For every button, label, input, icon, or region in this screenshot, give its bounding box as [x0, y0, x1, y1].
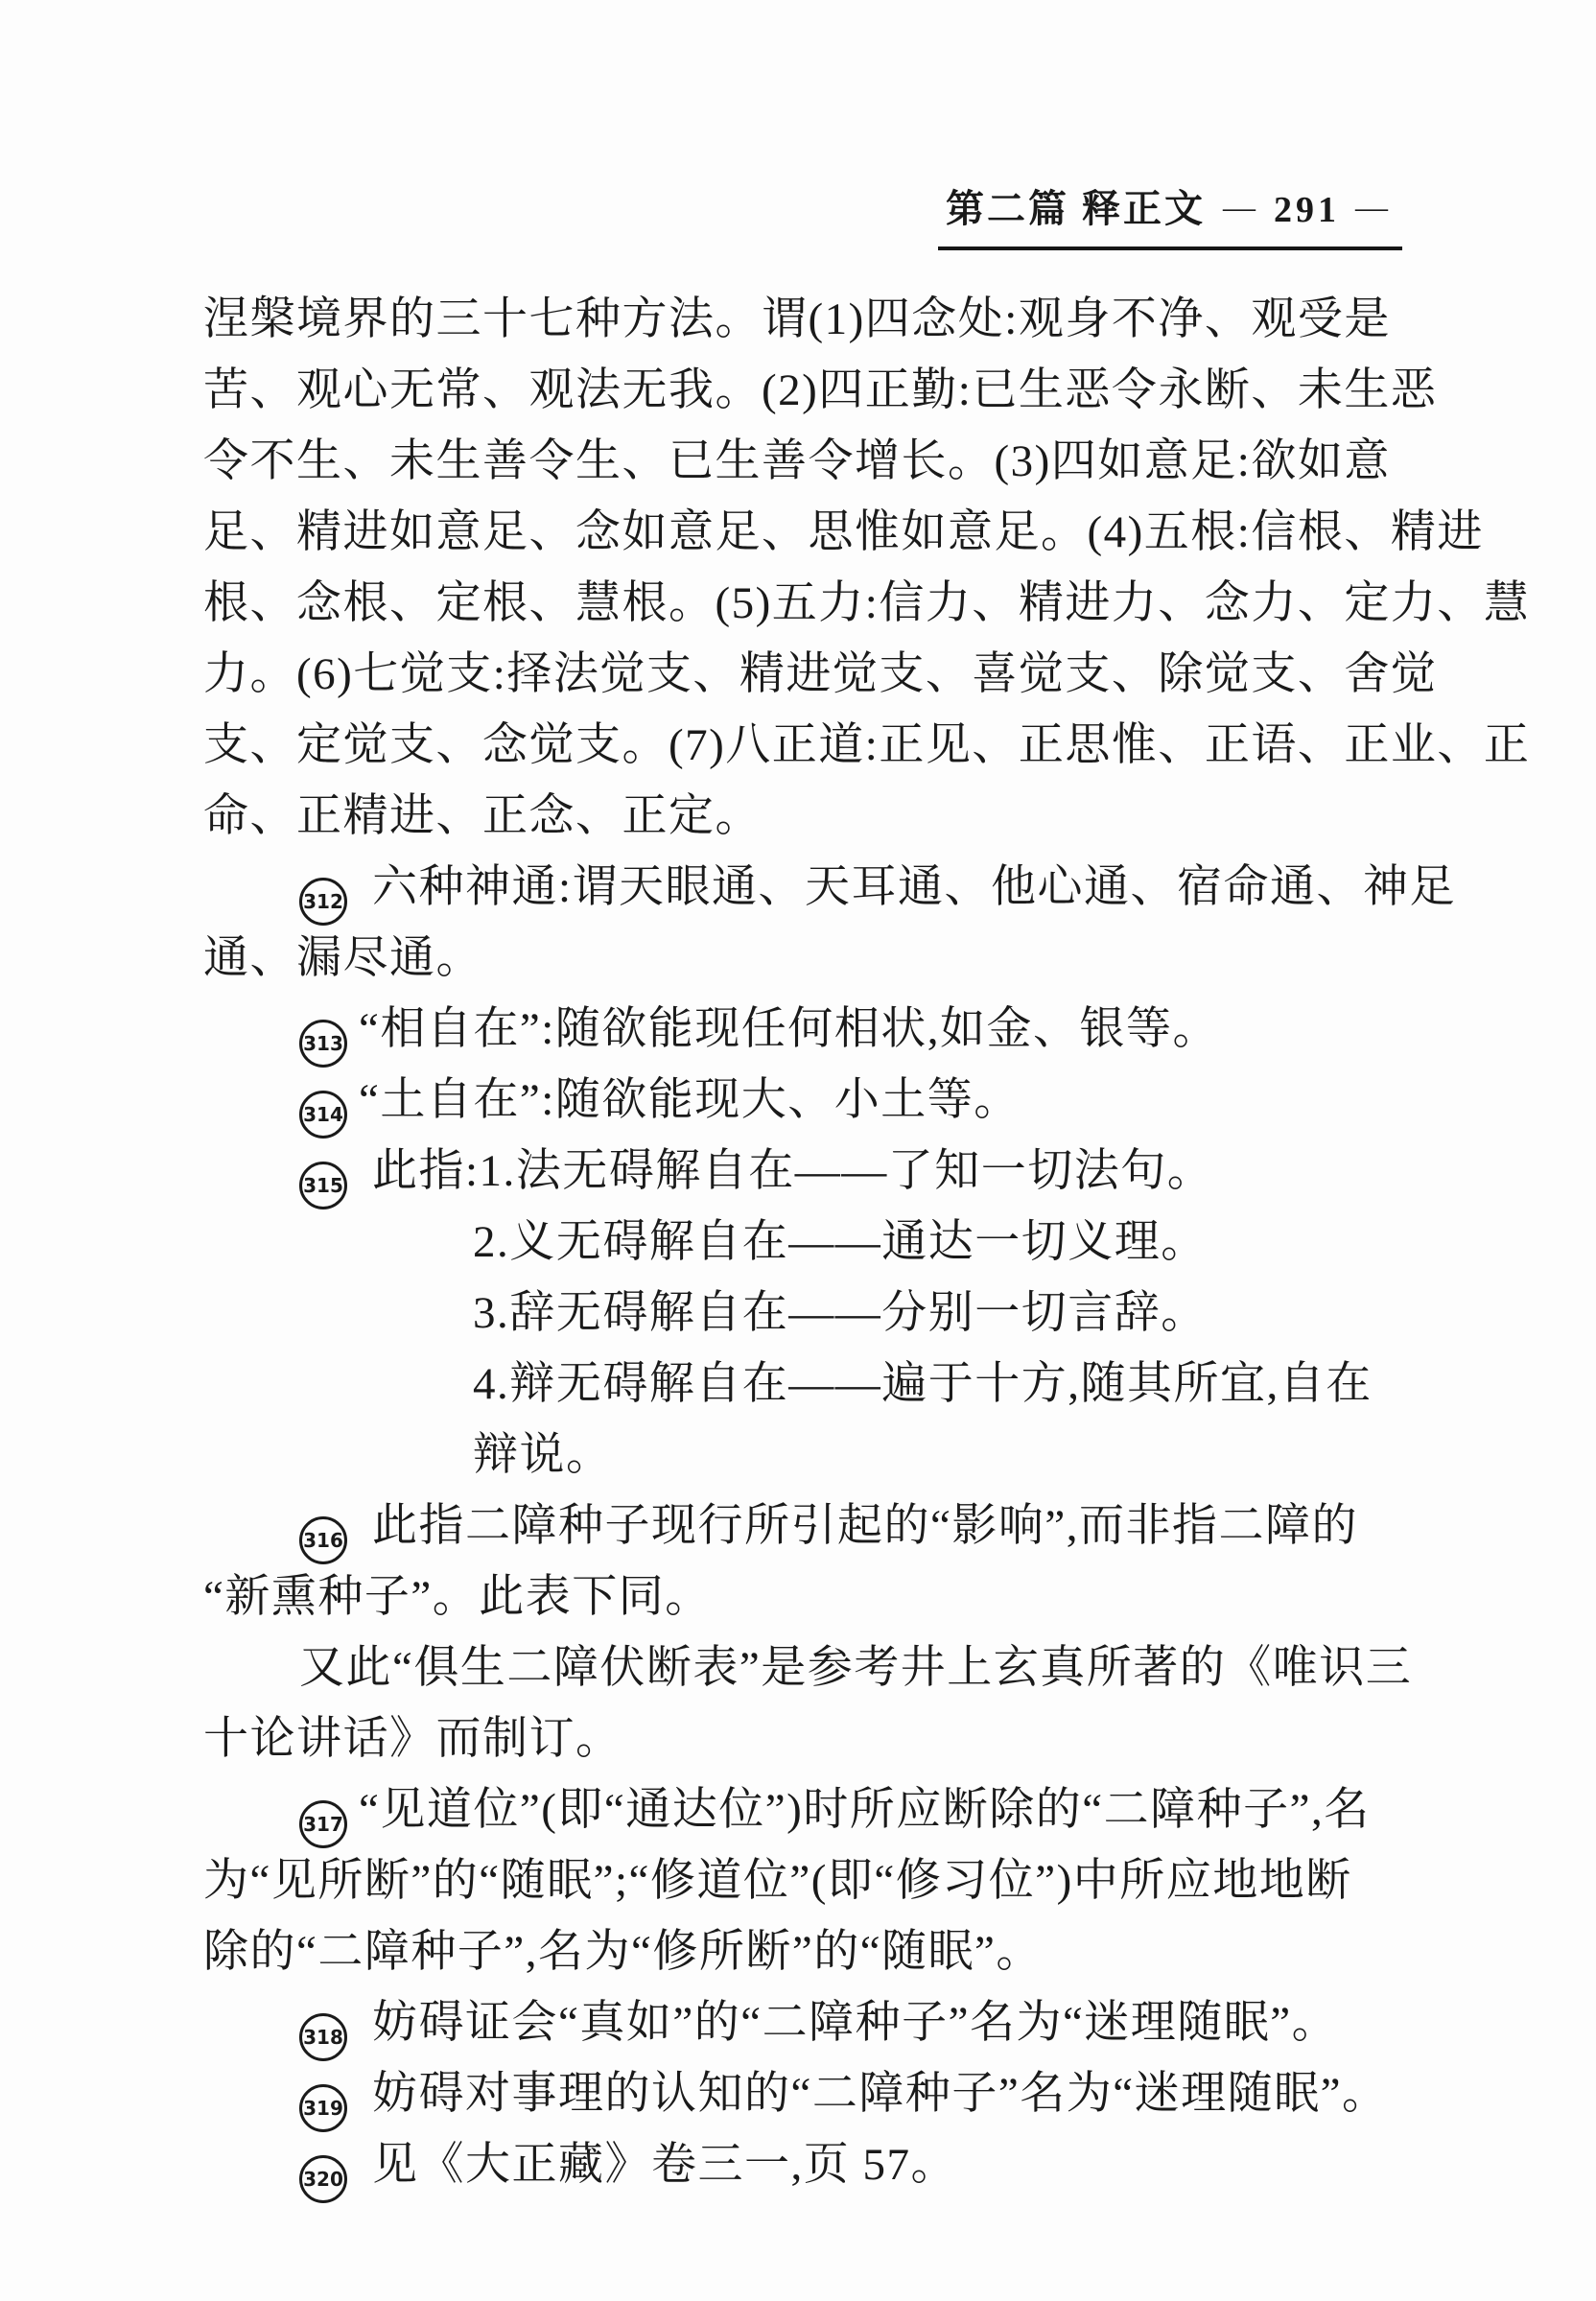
footnote-line: 316此指二障种子现行所引起的“影响”,而非指二障的: [299, 1491, 1431, 1561]
footnote-text: “土自在”:随欲能现大、小土等。: [359, 1075, 1021, 1125]
text-line: 苦、观心无常、观法无我。(2)四正勤:已生恶令永断、未生恶: [203, 355, 1431, 426]
footnote-line: 312六种神通:谓天眼通、天耳通、他心通、宿命通、神足: [299, 852, 1431, 923]
footnote-line: 319妨碍对事理的认知的“二障种子”名为“迷理随眠”。: [299, 2058, 1431, 2129]
footnote-number-badge: 318: [299, 2013, 347, 2061]
chapter-title: 第二篇 释正文: [946, 187, 1206, 230]
footnote-line: 317“见道位”(即“通达位”)时所应断除的“二障种子”,名: [299, 1774, 1431, 1845]
list-item: 2.义无碍解自在——通达一切义理。: [473, 1207, 1431, 1278]
page-number-dash-right: —: [1355, 190, 1391, 226]
footnote-text: 六种神通:谓天眼通、天耳通、他心通、宿命通、神足: [359, 862, 1456, 912]
footnote-text: 此指:1.法无碍解自在——了知一切法句。: [359, 1146, 1213, 1196]
text-line: 令不生、未生善令生、已生善令增长。(3)四如意足:欲如意: [203, 426, 1431, 497]
page-body: 涅槃境界的三十七种方法。谓(1)四念处:观身不净、观受是 苦、观心无常、观法无我…: [203, 284, 1431, 2200]
text-line: 通、漏尽通。: [203, 923, 1431, 994]
footnote-number-badge: 312: [299, 878, 347, 926]
footnote-line: 320见《大正藏》卷三一,页 57。: [299, 2129, 1431, 2200]
footnote-number-badge: 319: [299, 2084, 347, 2132]
text-line: 涅槃境界的三十七种方法。谓(1)四念处:观身不净、观受是: [203, 284, 1431, 355]
footnote-text: 此指二障种子现行所引起的“影响”,而非指二障的: [359, 1501, 1358, 1551]
text-line: 力。(6)七觉支:择法觉支、精进觉支、喜觉支、除觉支、舍觉: [203, 639, 1431, 710]
footnote-line: 318妨碍证会“真如”的“二障种子”名为“迷理随眠”。: [299, 1987, 1431, 2058]
footnote-number-badge: 313: [299, 1020, 347, 1068]
footnote-line: 314“土自在”:随欲能现大、小土等。: [299, 1065, 1431, 1136]
page-number: 291: [1274, 190, 1340, 230]
footnote-text: 妨碍证会“真如”的“二障种子”名为“迷理随眠”。: [359, 1998, 1338, 2048]
text-line: 支、定觉支、念觉支。(7)八正道:正见、正思惟、正语、正业、正: [203, 710, 1431, 781]
text-line: 命、正精进、正念、正定。: [203, 781, 1431, 852]
text-line: 又此“俱生二障伏断表”是参考井上玄真所著的《唯识三: [299, 1632, 1431, 1703]
footnote-text: 妨碍对事理的认知的“二障种子”名为“迷理随眠”。: [359, 2069, 1388, 2119]
footnote-number-badge: 316: [299, 1516, 347, 1564]
text-line: 根、念根、定根、慧根。(5)五力:信力、精进力、念力、定力、慧: [203, 568, 1431, 639]
list-item: 4.辩无碍解自在——遍于十方,随其所宜,自在: [473, 1349, 1431, 1420]
list-item-continuation: 辩说。: [473, 1420, 1431, 1491]
footnote-number-badge: 314: [299, 1091, 347, 1139]
footnote-number-badge: 320: [299, 2155, 347, 2203]
footnote-number-badge: 317: [299, 1800, 347, 1848]
text-line: 为“见所断”的“随眠”;“修道位”(即“修习位”)中所应地地断: [203, 1845, 1431, 1916]
text-line: “新熏种子”。此表下同。: [203, 1561, 1431, 1632]
text-line: 十论讲话》而制订。: [203, 1703, 1431, 1774]
book-page: 第二篇 释正文—291— 涅槃境界的三十七种方法。谓(1)四念处:观身不净、观受…: [0, 0, 1596, 2301]
page-number-dash-left: —: [1223, 190, 1258, 226]
footnote-number-badge: 315: [299, 1162, 347, 1209]
text-line: 足、精进如意足、念如意足、思惟如意足。(4)五根:信根、精进: [203, 497, 1431, 568]
text-line: 除的“二障种子”,名为“修所断”的“随眠”。: [203, 1916, 1431, 1987]
footnote-text: 见《大正藏》卷三一,页 57。: [359, 2140, 957, 2190]
footnote-line: 315此指:1.法无碍解自在——了知一切法句。: [299, 1136, 1431, 1207]
footnote-text: “相自在”:随欲能现任何相状,如金、银等。: [359, 1004, 1219, 1054]
footnote-line: 313“相自在”:随欲能现任何相状,如金、银等。: [299, 994, 1431, 1065]
footnote-text: “见道位”(即“通达位”)时所应断除的“二障种子”,名: [359, 1785, 1371, 1835]
running-header: 第二篇 释正文—291—: [938, 178, 1402, 250]
list-item: 3.辞无碍解自在——分别一切言辞。: [473, 1278, 1431, 1349]
